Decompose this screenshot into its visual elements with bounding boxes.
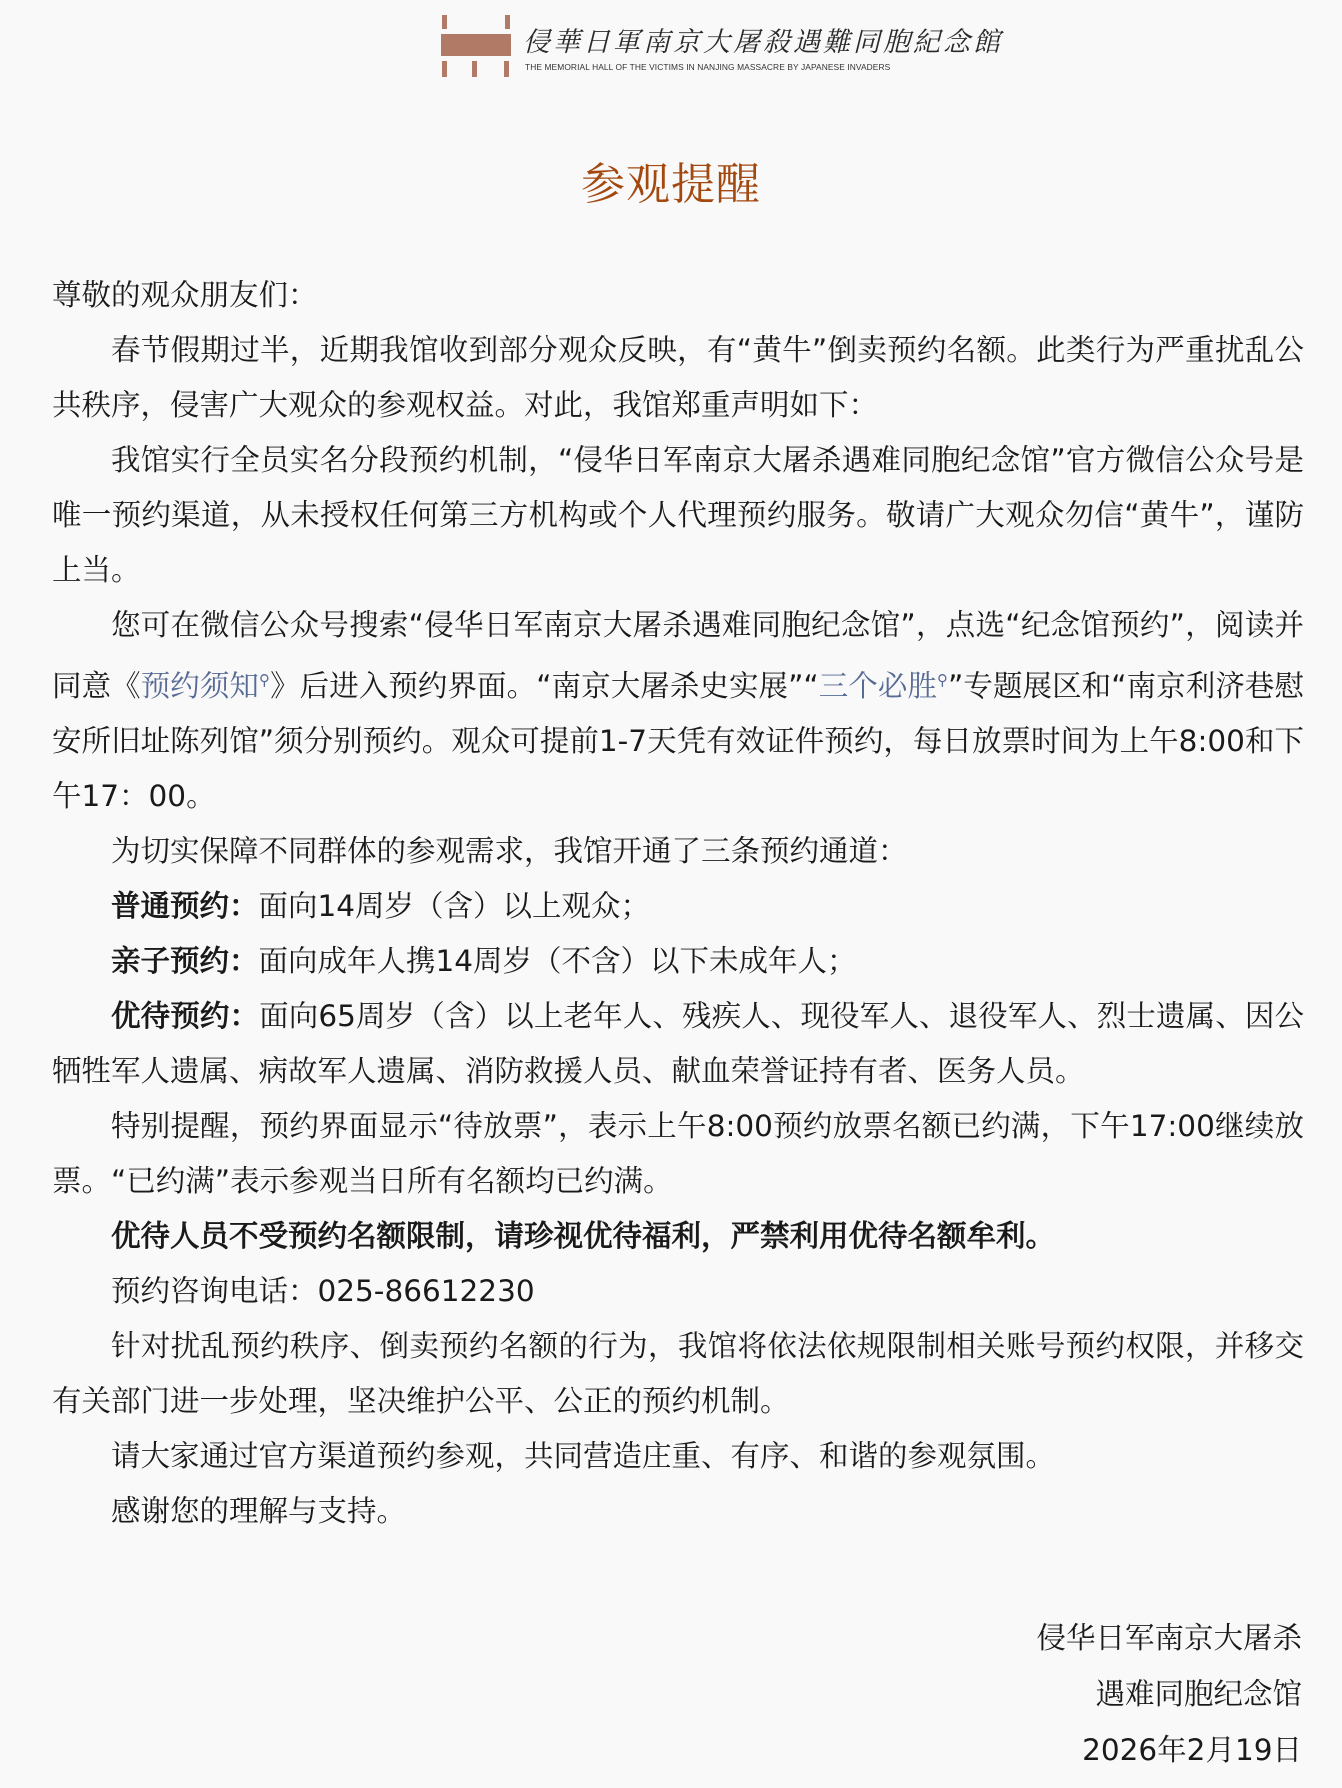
paragraph-4: 为切实保障不同群体的参观需求，我馆开通了三条预约通道： xyxy=(52,824,1304,879)
search-icon[interactable]: ⚲ xyxy=(937,671,948,689)
channel-text: 面向成年人携14周岁（不含）以下未成年人； xyxy=(259,944,857,978)
page-header: 侵華日軍南京大屠殺遇難同胞紀念館 THE MEMORIAL HALL OF TH… xyxy=(441,14,921,78)
paragraph-5: 特别提醒，预约界面显示“待放票”，表示上午8:00预约放票名额已约满，下午17:… xyxy=(52,1099,1304,1209)
search-icon[interactable]: ⚲ xyxy=(259,671,270,689)
link-booking-notice[interactable]: 预约须知 xyxy=(141,669,259,703)
channel-label: 优待预约： xyxy=(111,999,259,1033)
brand-name-chinese: 侵華日軍南京大屠殺遇難同胞紀念館 xyxy=(523,20,1003,59)
signature: 侵华日军南京大屠杀 遇难同胞纪念馆 2026年2月19日 xyxy=(1036,1610,1302,1778)
phone-line: 预约咨询电话：025-86612230 xyxy=(52,1264,1304,1319)
memorial-logo-icon xyxy=(441,14,511,78)
channel-text: 面向14周岁（含）以上观众； xyxy=(259,889,651,923)
brand-name-english: THE MEMORIAL HALL OF THE VICTIMS IN NANJ… xyxy=(525,62,890,72)
channel-general: 普通预约：面向14周岁（含）以上观众； xyxy=(52,879,1304,934)
paragraph-8: 请大家通过官方渠道预约参观，共同营造庄重、有序、和谐的参观氛围。 xyxy=(52,1429,1304,1484)
text: 》后进入预约界面。“南京大屠杀史实展”“ xyxy=(270,669,819,703)
paragraph-7: 针对扰乱预约秩序、倒卖预约名额的行为，我馆将依法依规限制相关账号预约权限，并移交… xyxy=(52,1319,1304,1429)
channel-family: 亲子预约：面向成年人携14周岁（不含）以下未成年人； xyxy=(52,934,1304,989)
link-three-victories[interactable]: 三个必胜 xyxy=(819,669,937,703)
signature-line-1: 侵华日军南京大屠杀 xyxy=(1036,1610,1302,1666)
paragraph-1: 春节假期过半，近期我馆收到部分观众反映，有“黄牛”倒卖预约名额。此类行为严重扰乱… xyxy=(52,323,1304,433)
notice-body: 尊敬的观众朋友们： 春节假期过半，近期我馆收到部分观众反映，有“黄牛”倒卖预约名… xyxy=(52,268,1304,1539)
paragraph-3: 您可在微信公众号搜索“侵华日军南京大屠杀遇难同胞纪念馆”，点选“纪念馆预约”，阅… xyxy=(52,598,1304,824)
channel-label: 普通预约： xyxy=(111,889,259,923)
page-title: 参观提醒 xyxy=(0,148,1342,212)
channel-priority: 优待预约：面向65周岁（含）以上老年人、残疾人、现役军人、退役军人、烈士遗属、因… xyxy=(52,989,1304,1099)
signature-line-2: 遇难同胞纪念馆 xyxy=(1036,1666,1302,1722)
paragraph-2: 我馆实行全员实名分段预约机制，“侵华日军南京大屠杀遇难同胞纪念馆”官方微信公众号… xyxy=(52,433,1304,598)
greeting: 尊敬的观众朋友们： xyxy=(52,268,1304,323)
channel-label: 亲子预约： xyxy=(111,944,259,978)
signature-date: 2026年2月19日 xyxy=(1036,1722,1302,1778)
paragraph-9: 感谢您的理解与支持。 xyxy=(52,1484,1304,1539)
paragraph-6-bold: 优待人员不受预约名额限制，请珍视优待福利，严禁利用优待名额牟利。 xyxy=(52,1209,1304,1264)
